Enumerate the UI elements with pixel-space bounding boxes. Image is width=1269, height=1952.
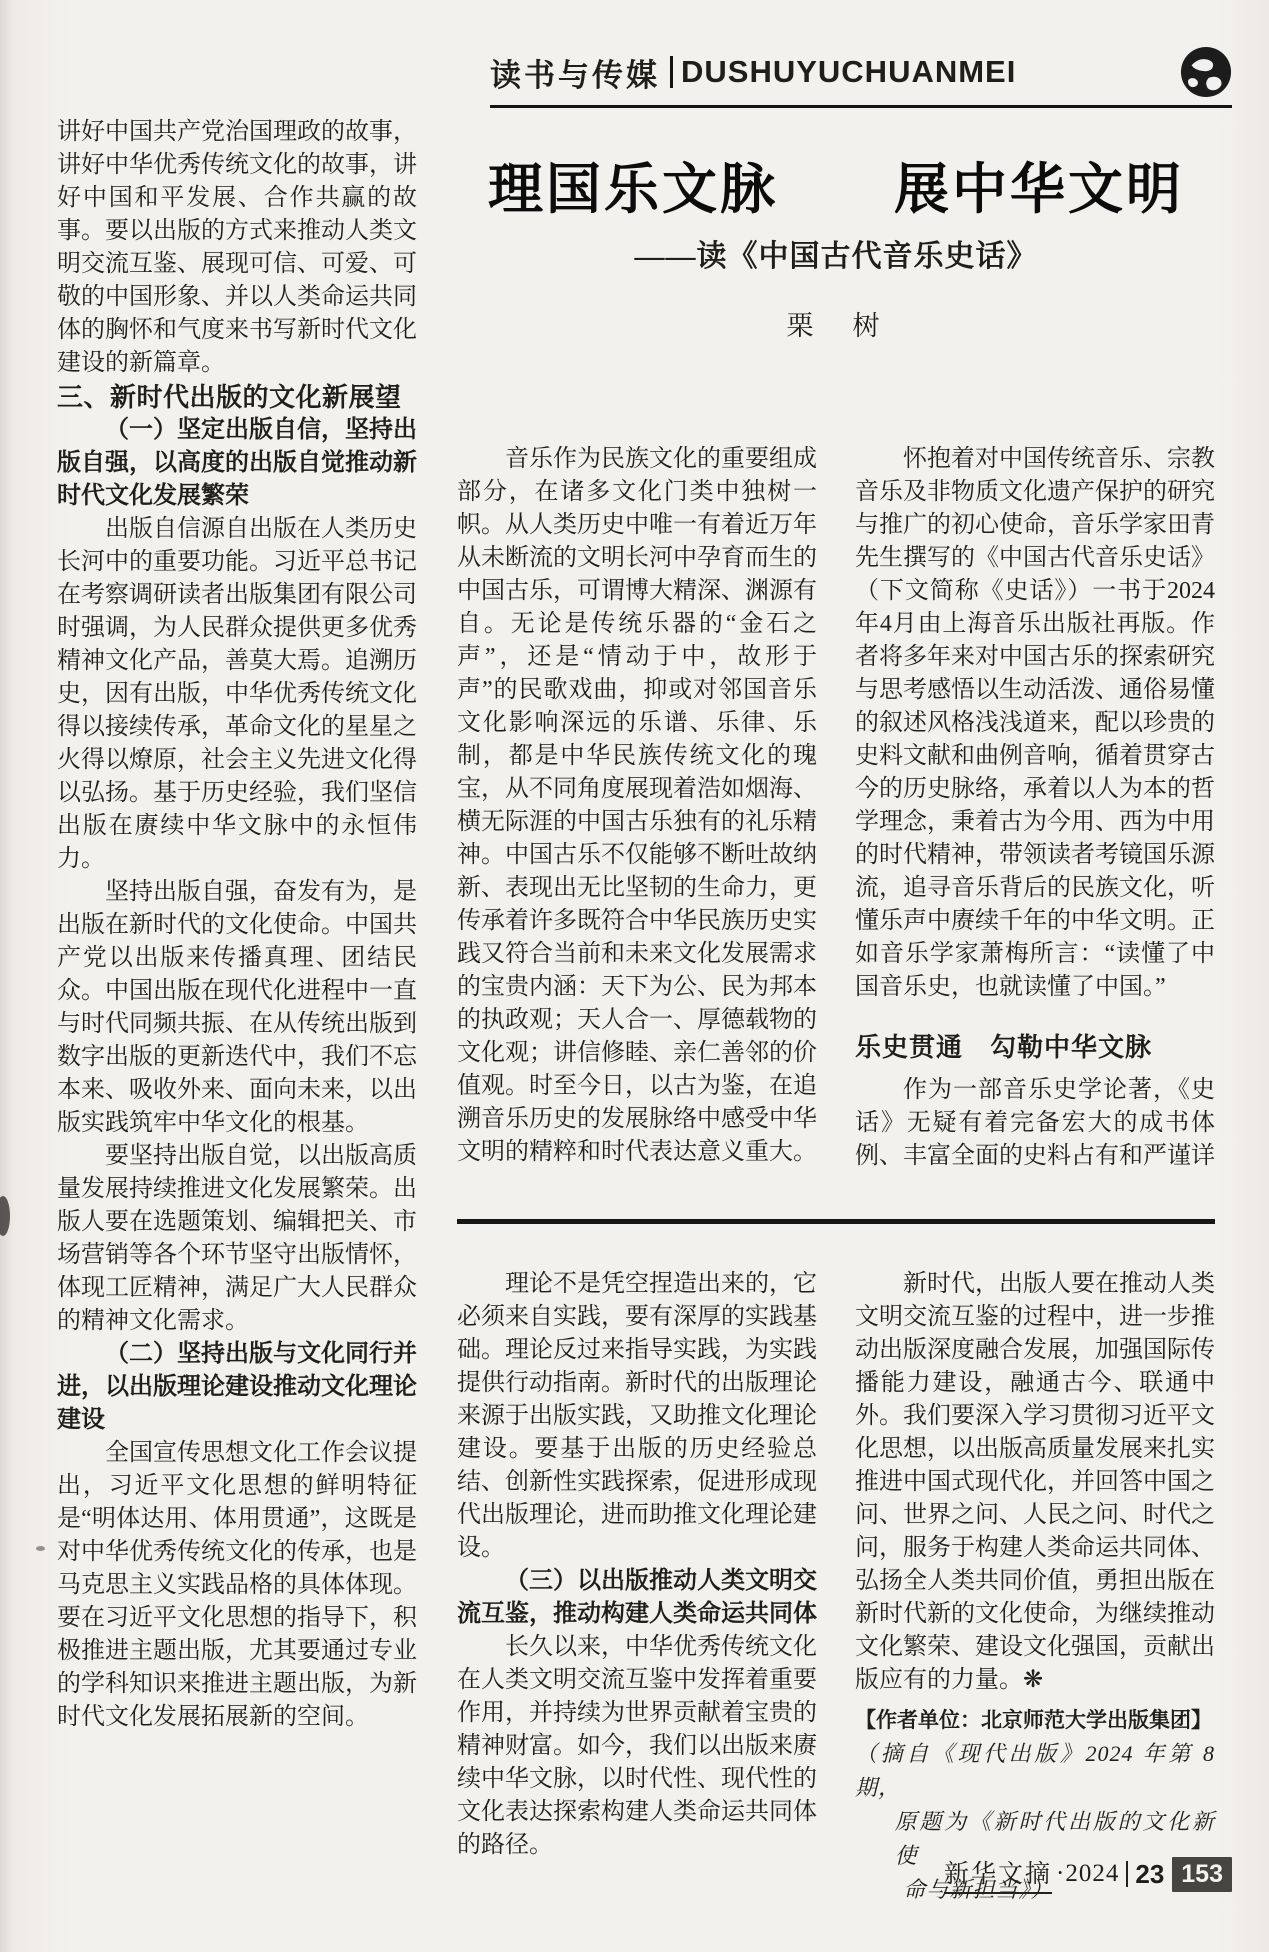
paragraph: 怀抱着对中国传统音乐、宗教音乐及非物质文化遗产保护的研究与推广的初心使命，音乐学… <box>855 443 1215 1004</box>
article-columns: 音乐作为民族文化的重要组成部分，在诸多文化门类中独树一帜。从人类历史中唯一有着近… <box>457 443 1215 1173</box>
subsection-heading-2: （二）坚持出版与文化同行并进，以出版理论建设推动文化理论建设 <box>57 1338 417 1437</box>
page-content: 讲好中国共产党治国理政的故事，讲好中华优秀传统文化的故事，讲好中国和平发展、合作… <box>57 116 1215 1816</box>
section-title-cn: 读书与传媒 <box>490 50 660 95</box>
article-author: 栗 树 <box>457 304 1215 343</box>
article-column-1: 音乐作为民族文化的重要组成部分，在诸多文化门类中独树一帜。从人类历史中唯一有着近… <box>457 443 817 1173</box>
page-number-badge: 153 <box>1172 1857 1232 1892</box>
paragraph: 作为一部音乐史学论著，《史话》无疑有着完备宏大的成书体例、丰富全面的史料占有和严… <box>855 1074 1215 1173</box>
paragraph: 出版自信源自出版在人类历史长河中的重要功能。习近平总书记在考察调研读者出版集团有… <box>57 513 417 876</box>
paragraph: 要坚持出版自觉，以出版高质量发展持续推进文化发展繁荣。出版人要在选题策划、编辑把… <box>57 1140 417 1338</box>
issue-year: ·2024 <box>1056 1860 1119 1888</box>
paragraph: 音乐作为民族文化的重要组成部分，在诸多文化门类中独树一帜。从人类历史中唯一有着近… <box>457 443 817 1169</box>
continued-column-1: 理论不是凭空捏造出来的，它必须来自实践，要有深厚的实践基础。理论反过来指导实践，… <box>457 1268 817 1907</box>
article-subtitle: ——读《中国古代音乐史话》 <box>457 240 1215 274</box>
subsection-heading-3: （三）以出版推动人类文明交流互鉴，推动构建人类命运共同体 <box>457 1565 817 1631</box>
section-divider-rule <box>457 1219 1215 1224</box>
source-note-line1: （摘自《现代出版》2024 年第 8 期， <box>855 1737 1215 1805</box>
scan-smudge <box>0 1196 10 1236</box>
continued-column-2: 新时代，出版人要在推动人类文明交流互鉴的过程中，进一步推动出版深度融合发展，加强… <box>855 1268 1215 1907</box>
header-divider <box>670 56 673 88</box>
magazine-page: 读书与传媒 DUSHUYUCHUANMEI 讲好中国共产党治国理政的故事，讲好中… <box>0 0 1269 1952</box>
paragraph: 新时代，出版人要在推动人类文明交流互鉴的过程中，进一步推动出版深度融合发展，加强… <box>855 1268 1215 1697</box>
footer-divider <box>1126 1861 1128 1887</box>
article-section-heading: 乐史贯通 勾勒中华文脉 <box>855 1030 1215 1064</box>
section-heading-3: 三、新时代出版的文化新展望 <box>57 380 417 414</box>
article-title: 理国乐文脉 展中华文明 <box>457 158 1215 220</box>
paragraph: 讲好中国共产党治国理政的故事，讲好中华优秀传统文化的故事，讲好中国和平发展、合作… <box>57 116 417 380</box>
article-column-2: 怀抱着对中国传统音乐、宗教音乐及非物质文化遗产保护的研究与推广的初心使命，音乐学… <box>855 443 1215 1173</box>
paragraph: 理论不是凭空捏造出来的，它必须来自实践，要有深厚的实践基础。理论反过来指导实践，… <box>457 1268 817 1565</box>
issue-number: 23 <box>1135 1859 1164 1890</box>
author-affiliation: 【作者单位：北京师范大学出版集团】 <box>855 1703 1215 1737</box>
paragraph: 全国宣传思想文化工作会议提出，习近平文化思想的鲜明特征是“明体达用、体用贯通”，… <box>57 1437 417 1734</box>
paragraph: 长久以来，中华优秀传统文化在人类文明交流互鉴中发挥着重要作用，并持续为世界贡献着… <box>457 1631 817 1862</box>
article-head: 理国乐文脉 展中华文明 ——读《中国古代音乐史话》 栗 树 <box>457 116 1215 343</box>
continued-columns: 理论不是凭空捏造出来的，它必须来自实践，要有深厚的实践基础。理论反过来指导实践，… <box>457 1268 1215 1907</box>
paragraph: 坚持出版自强，奋发有为，是出版在新时代的文化使命。中国共产党以出版来传播真理、团… <box>57 876 417 1140</box>
left-column: 讲好中国共产党治国理政的故事，讲好中华优秀传统文化的故事，讲好中国和平发展、合作… <box>57 116 417 1907</box>
section-title-pinyin: DUSHUYUCHUANMEI <box>681 54 1016 90</box>
subsection-heading-1: （一）坚定出版自信，坚持出版自强，以高度的出版自觉推动新时代文化发展繁荣 <box>57 414 417 513</box>
magazine-name: 新华文摘 <box>944 1854 1052 1894</box>
globe-icon <box>1180 46 1232 98</box>
page-footer: 新华文摘 ·2024 23 153 <box>944 1854 1232 1894</box>
page-header: 读书与传媒 DUSHUYUCHUANMEI <box>490 46 1232 108</box>
scan-dot <box>36 1546 45 1551</box>
article-area: 理国乐文脉 展中华文明 ——读《中国古代音乐史话》 栗 树 音乐作为民族文化的重… <box>457 116 1215 1907</box>
